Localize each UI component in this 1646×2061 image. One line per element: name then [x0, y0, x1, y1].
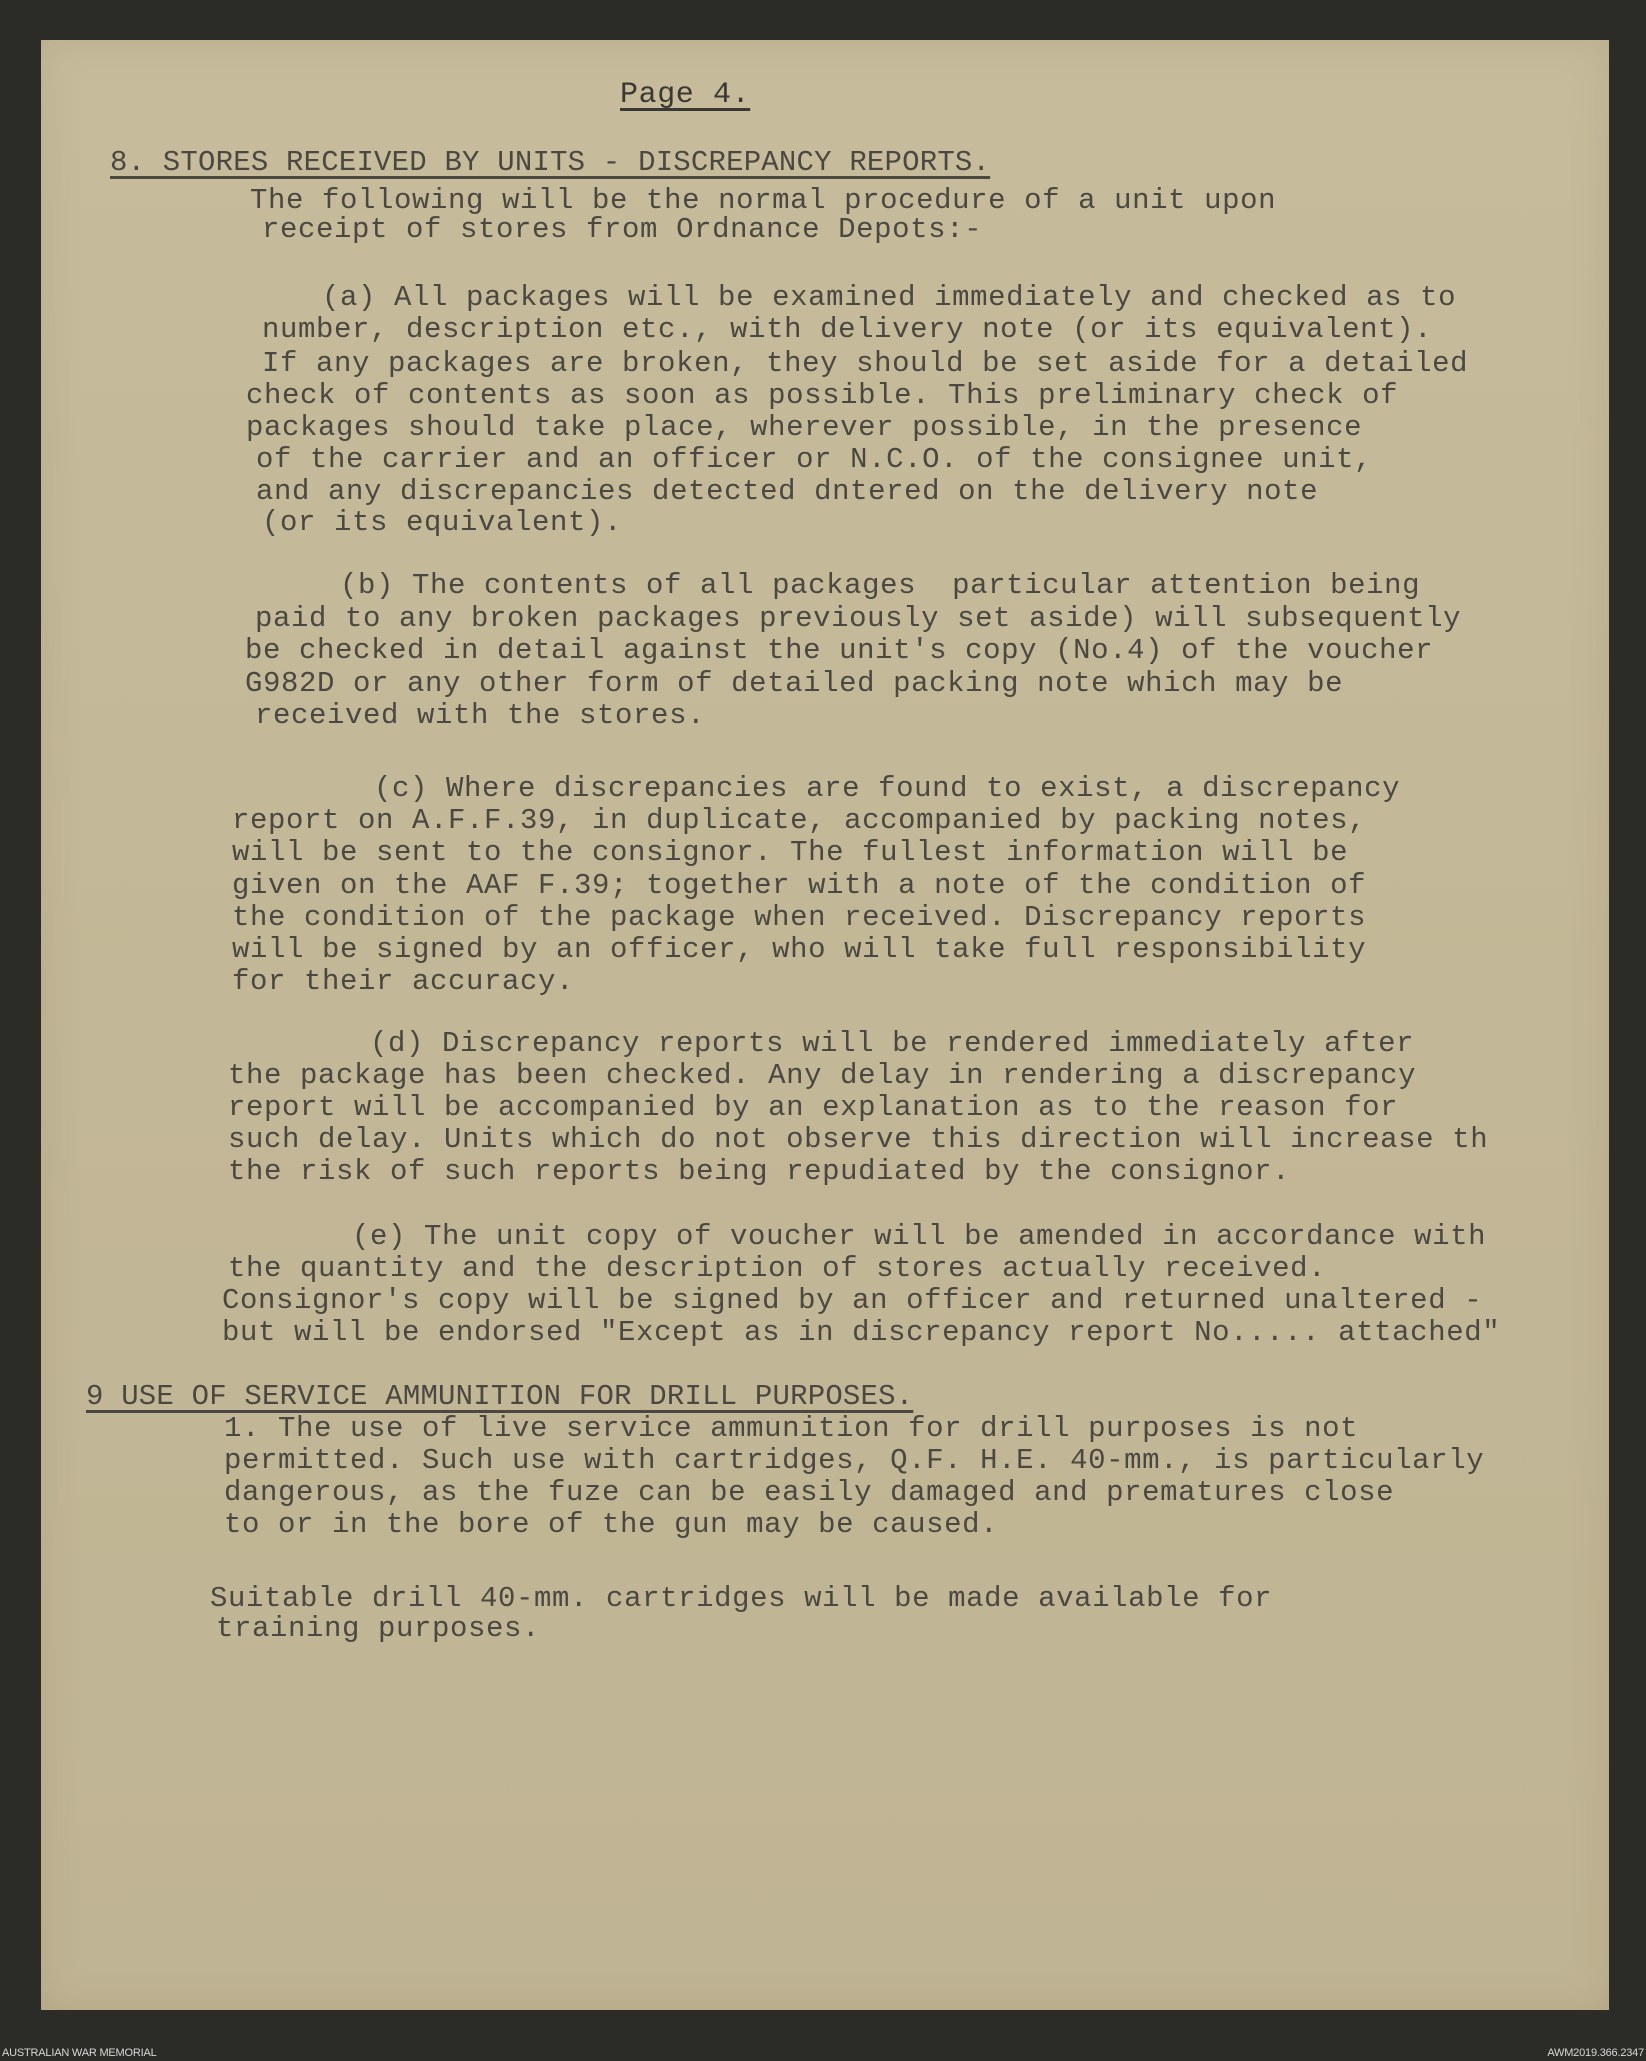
- para-b-line: paid to any broken packages previously s…: [255, 604, 1461, 633]
- para-c-line: will be sent to the consignor. The fulle…: [232, 838, 1348, 867]
- para-a-line: of the carrier and an officer or N.C.O. …: [256, 445, 1372, 474]
- para-d-line: such delay. Units which do not observe t…: [228, 1125, 1488, 1154]
- para-a-line: packages should take place, wherever pos…: [246, 413, 1362, 442]
- para-a-line: and any discrepancies detected dntered o…: [256, 477, 1318, 506]
- section-9-para-2-line: Suitable drill 40-mm. cartridges will be…: [210, 1584, 1272, 1613]
- section-9-heading: 9 USE OF SERVICE AMMUNITION FOR DRILL PU…: [86, 1382, 913, 1411]
- para-b-line: G982D or any other form of detailed pack…: [245, 669, 1343, 698]
- para-a-line: If any packages are broken, they should …: [262, 349, 1468, 378]
- para-b-line: received with the stores.: [255, 701, 705, 730]
- footer-accession-number: AWM2019.366.2347: [1547, 2047, 1644, 2059]
- para-c-line: for their accuracy.: [232, 967, 574, 996]
- section-8-intro-line: The following will be the normal procedu…: [250, 186, 1276, 215]
- section-9-para-1-line: permitted. Such use with cartridges, Q.F…: [224, 1446, 1484, 1475]
- para-c-line: (c) Where discrepancies are found to exi…: [374, 774, 1400, 803]
- section-9-para-1-line: 1. The use of live service ammunition fo…: [224, 1414, 1358, 1443]
- para-e-line: Consignor's copy will be signed by an of…: [222, 1286, 1482, 1315]
- section-9-para-2-line: training purposes.: [216, 1614, 540, 1643]
- para-d-line: report will be accompanied by an explana…: [228, 1093, 1398, 1122]
- para-c-line: report on A.F.F.39, in duplicate, accomp…: [232, 806, 1366, 835]
- para-b-line: be checked in detail against the unit's …: [245, 636, 1433, 665]
- para-d-line: (d) Discrepancy reports will be rendered…: [370, 1029, 1414, 1058]
- para-a-line: (or its equivalent).: [262, 508, 622, 537]
- para-a-line: (a) All packages will be examined immedi…: [322, 283, 1456, 312]
- page-number: Page 4.: [620, 80, 750, 110]
- para-e-line: but will be endorsed "Except as in discr…: [222, 1318, 1500, 1347]
- para-b-line: (b) The contents of all packages particu…: [340, 571, 1420, 600]
- section-9-para-1-line: dangerous, as the fuze can be easily dam…: [224, 1478, 1394, 1507]
- para-a-line: number, description etc., with delivery …: [262, 315, 1432, 344]
- footer-institution: AUSTRALIAN WAR MEMORIAL: [2, 2047, 157, 2059]
- para-a-line: check of contents as soon as possible. T…: [246, 381, 1398, 410]
- para-e-line: (e) The unit copy of voucher will be ame…: [352, 1222, 1486, 1251]
- para-e-line: the quantity and the description of stor…: [228, 1254, 1326, 1283]
- para-c-line: the condition of the package when receiv…: [232, 903, 1366, 932]
- para-c-line: will be signed by an officer, who will t…: [232, 935, 1366, 964]
- para-c-line: given on the AAF F.39; together with a n…: [232, 871, 1366, 900]
- para-d-line: the package has been checked. Any delay …: [228, 1061, 1416, 1090]
- para-d-line: the risk of such reports being repudiate…: [228, 1157, 1290, 1186]
- section-9-para-1-line: to or in the bore of the gun may be caus…: [224, 1510, 998, 1539]
- section-8-intro-line: receipt of stores from Ordnance Depots:-: [262, 215, 982, 244]
- section-8-heading: 8. STORES RECEIVED BY UNITS - DISCREPANC…: [110, 148, 990, 177]
